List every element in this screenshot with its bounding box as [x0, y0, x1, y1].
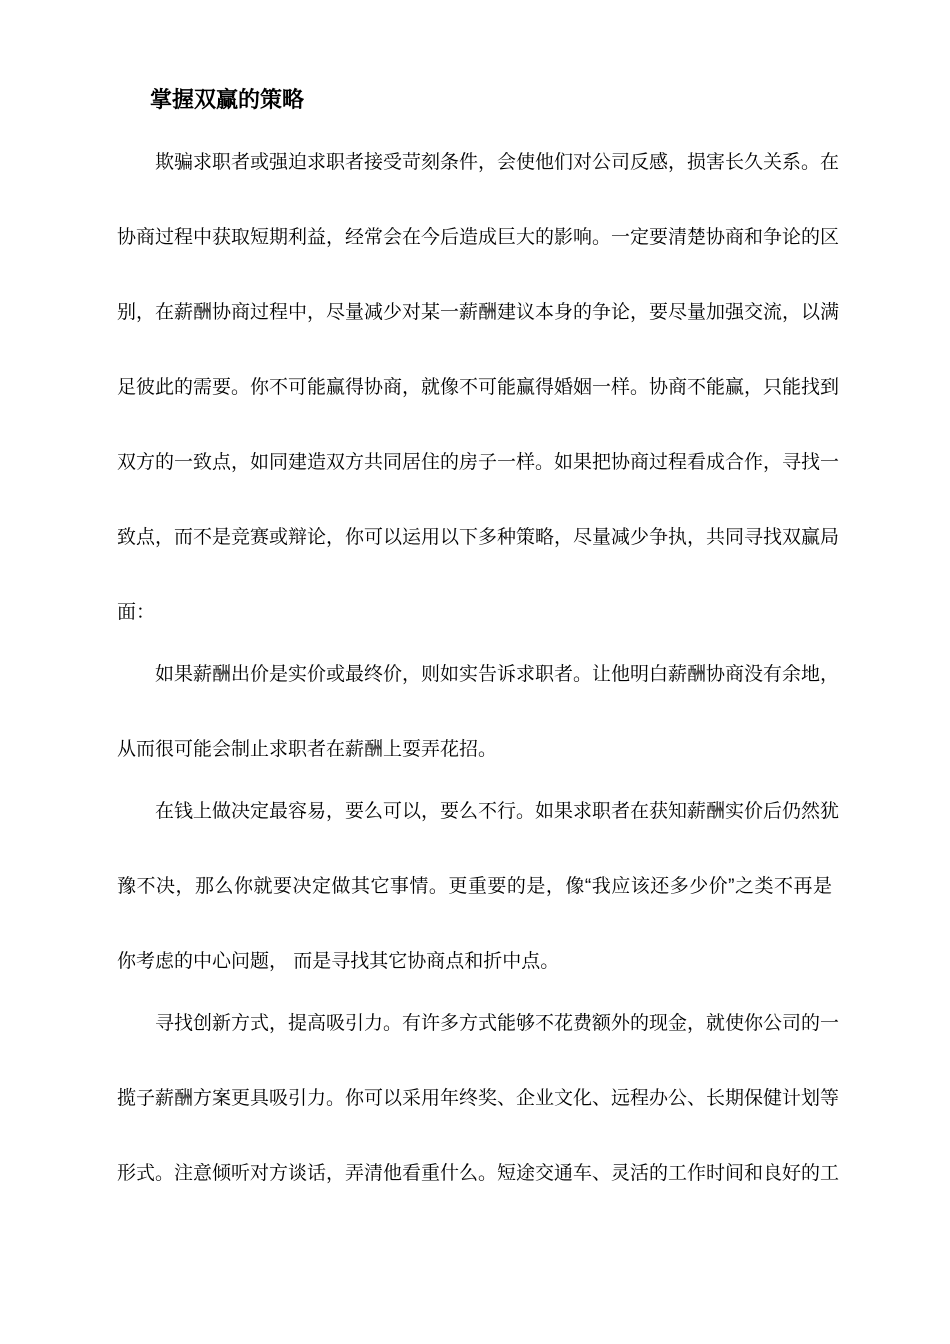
text-line: 别，在薪酬协商过程中，尽量减少对某一薪酬建议本身的争论，要尽量加强交流，以满: [117, 275, 832, 350]
text-line: 寻找创新方式，提高吸引力。有许多方式能够不花费额外的现金，就使你公司的一: [117, 986, 832, 1061]
paragraph: 欺骗求职者或强迫求职者接受苛刻条件，会使他们对公司反感，损害长久关系。在 协商过…: [117, 125, 832, 650]
document-page: 掌握双赢的策略 欺骗求职者或强迫求职者接受苛刻条件，会使他们对公司反感，损害长久…: [0, 0, 950, 1344]
paragraph: 如果薪酬出价是实价或最终价，则如实告诉求职者。让他明白薪酬协商没有余地， 从而很…: [117, 637, 832, 787]
paragraph: 在钱上做决定最容易，要么可以，要么不行。如果求职者在获知薪酬实价后仍然犹 豫不决…: [117, 774, 832, 999]
text-line: 协商过程中获取短期利益，经常会在今后造成巨大的影响。一定要清楚协商和争论的区: [117, 200, 832, 275]
text-line: 双方的一致点，如同建造双方共同居住的房子一样。如果把协商过程看成合作，寻找一: [117, 425, 832, 500]
paragraph: 寻找创新方式，提高吸引力。有许多方式能够不花费额外的现金，就使你公司的一 揽子薪…: [117, 986, 832, 1211]
text-line: 形式。注意倾听对方谈话，弄清他看重什么。短途交通车、灵活的工作时间和良好的工: [117, 1136, 832, 1211]
text-line: 豫不决，那么你就要决定做其它事情。更重要的是，像“我应该还多少价”之类不再是: [117, 849, 832, 924]
text-line: 足彼此的需要。你不可能赢得协商，就像不可能赢得婚姻一样。协商不能赢，只能找到: [117, 350, 832, 425]
document-title: 掌握双赢的策略: [117, 85, 832, 115]
text-line: 致点，而不是竞赛或辩论，你可以运用以下多种策略，尽量减少争执，共同寻找双赢局: [117, 500, 832, 575]
text-line: 如果薪酬出价是实价或最终价，则如实告诉求职者。让他明白薪酬协商没有余地，: [117, 637, 832, 712]
text-line: 欺骗求职者或强迫求职者接受苛刻条件，会使他们对公司反感，损害长久关系。在: [117, 125, 832, 200]
text-line: 在钱上做决定最容易，要么可以，要么不行。如果求职者在获知薪酬实价后仍然犹: [117, 774, 832, 849]
text-line: 揽子薪酬方案更具吸引力。你可以采用年终奖、企业文化、远程办公、长期保健计划等: [117, 1061, 832, 1136]
document-content: 掌握双赢的策略 欺骗求职者或强迫求职者接受苛刻条件，会使他们对公司反感，损害长久…: [117, 0, 832, 1211]
